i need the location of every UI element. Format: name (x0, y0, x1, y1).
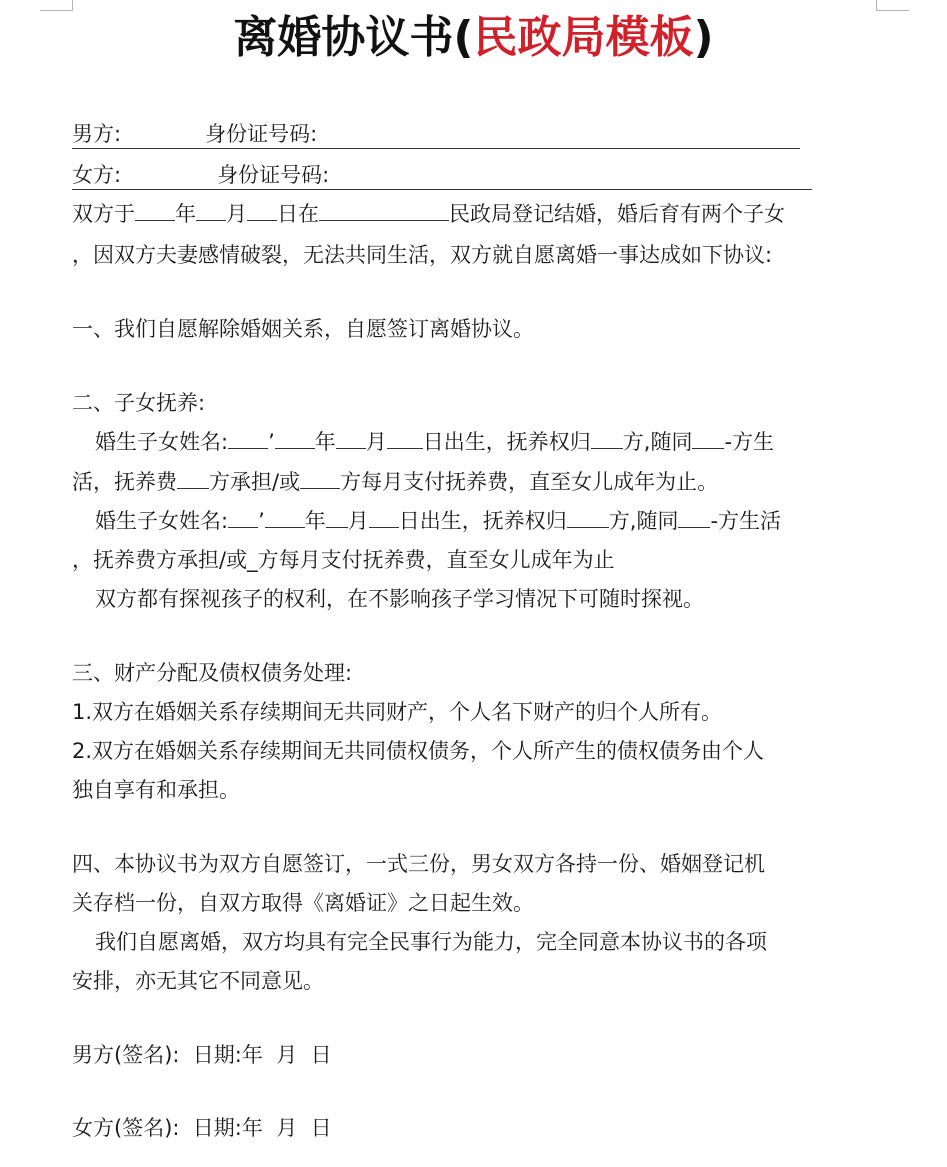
child-text: 方,随同 (623, 430, 693, 454)
child-text: -方生 (724, 430, 774, 454)
month-blank (196, 200, 226, 221)
child-text: 年 (315, 430, 336, 454)
child-text: 月 (348, 509, 369, 533)
visitation-rights: 双方都有探视孩子的权利，在不影响孩子学习情况下可随时探视。 (95, 584, 704, 614)
blank (591, 428, 623, 449)
female-signature-line: 女方(签名): 日期:年 月 日 (72, 1113, 332, 1143)
section-4-line-1: 四、本协议书为双方自愿签订，一式三份，男女双方各持一份、婚姻登记机 (72, 849, 765, 879)
child-text: 婚生子女姓名: (95, 430, 228, 454)
child-text: 年 (305, 509, 326, 533)
blank (336, 428, 366, 449)
blank (177, 468, 209, 489)
child-text: 方,随同 (609, 509, 679, 533)
blank (369, 507, 399, 528)
intro-text: 年 (175, 202, 196, 226)
section-1: 一、我们自愿解除婚姻关系，自愿签订离婚协议。 (72, 314, 534, 344)
female-party-row: 女方:身份证号码: (72, 161, 812, 190)
child-text: -方生活 (710, 509, 781, 533)
section-4-line-3: 我们自愿离婚，双方均具有完全民事行为能力，完全同意本协议书的各项 (95, 927, 767, 957)
section-3-item-1: 1.双方在婚姻关系存续期间无共同财产，个人名下财产的归个人所有。 (72, 697, 722, 727)
section-3-item-2-line-1: 2.双方在婚姻关系存续期间无共同债权债务，个人所产生的债权债务由个人 (72, 736, 764, 766)
blank (275, 428, 315, 449)
bureau-blank (319, 200, 449, 221)
blank (326, 507, 348, 528)
child-1-line-1: 婚生子女姓名:’年月日出生，抚养权归方,随同-方生 (95, 427, 774, 457)
child-1-line-2: 活，抚养费方承担/或方每月支付抚养费，直至女儿成年为止。 (72, 467, 718, 497)
blank (567, 507, 609, 528)
child-text: ’ (268, 430, 275, 454)
blank (692, 428, 724, 449)
section-3-item-2-line-2: 独自享有和承担。 (72, 775, 240, 805)
male-label: 男方: (72, 122, 121, 146)
document-title: 离婚协议书(民政局模板) (0, 8, 947, 68)
child-text: 婚生子女姓名: (95, 509, 228, 533)
blank (678, 507, 710, 528)
female-id-label: 身份证号码: (217, 163, 329, 187)
child-text: 活，抚养费 (72, 470, 177, 494)
section-4-line-4: 安排，亦无其它不同意见。 (72, 966, 324, 996)
child-text: 日出生，抚养权归 (423, 430, 591, 454)
intro-text: 月 (226, 202, 247, 226)
blank (228, 507, 258, 528)
male-party-row: 男方:身份证号码: (72, 120, 800, 149)
year-blank (135, 200, 175, 221)
title-close-paren: ) (694, 12, 714, 63)
intro-line-1: 双方于年月日在民政局登记结婚，婚后育有两个子女 (72, 199, 785, 229)
male-signature-line: 男方(签名): 日期:年 月 日 (72, 1040, 332, 1070)
intro-text: 民政局登记结婚，婚后育有两个子女 (449, 202, 785, 226)
child-text: 方每月支付抚养费，直至女儿成年为止。 (340, 470, 718, 494)
blank (265, 507, 305, 528)
child-text: 月 (366, 430, 387, 454)
title-main: 离婚协议书( (233, 12, 473, 63)
male-id-label: 身份证号码: (205, 122, 317, 146)
child-2-line-2: ，抚养费方承担/或_方每月支付抚养费，直至女儿成年为止 (72, 545, 615, 575)
intro-text: 日在 (277, 202, 319, 226)
child-2-line-1: 婚生子女姓名:’年月日出生，抚养权归方,随同-方生活 (95, 506, 781, 536)
female-label: 女方: (72, 163, 121, 187)
section-3-heading: 三、财产分配及债权债务处理: (72, 658, 352, 688)
intro-line-2: ，因双方夫妻感情破裂，无法共同生活，双方就自愿离婚一事达成如下协议: (72, 240, 772, 270)
child-text: 方承担/或 (209, 470, 300, 494)
section-2-heading: 二、子女抚养: (72, 388, 205, 418)
title-template-label: 民政局模板 (474, 12, 694, 63)
blank (300, 468, 340, 489)
child-text: 日出生，抚养权归 (399, 509, 567, 533)
child-text: ’ (258, 509, 265, 533)
day-blank (247, 200, 277, 221)
blank (228, 428, 268, 449)
blank (387, 428, 423, 449)
intro-text: 双方于 (72, 202, 135, 226)
section-4-line-2: 关存档一份，自双方取得《离婚证》之日起生效。 (72, 888, 534, 918)
